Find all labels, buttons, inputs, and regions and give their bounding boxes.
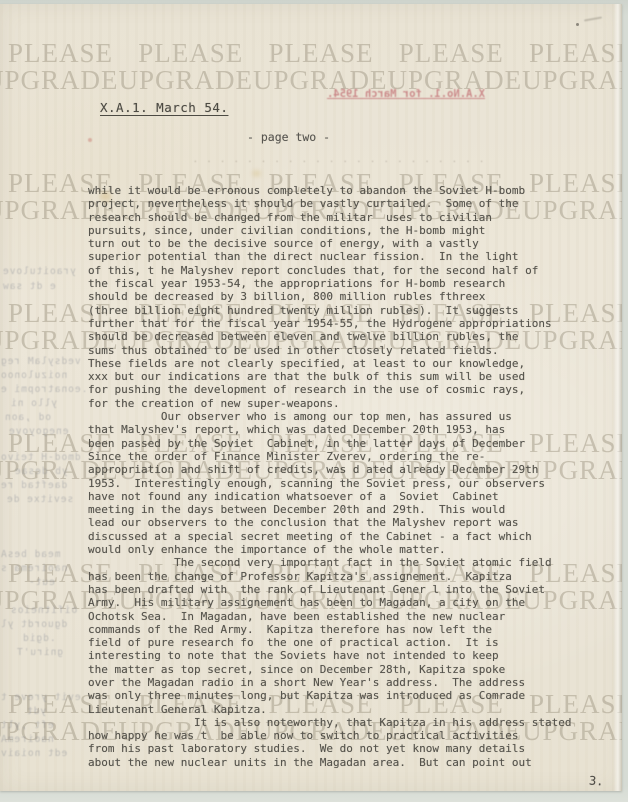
body-line: for the creation of new super-weapons. — [88, 397, 571, 410]
body-line: project, nevertheless it should be vastl… — [88, 197, 571, 210]
body-line: Ochotsk Sea. In Magadan, have been estab… — [88, 610, 571, 623]
body-line: research should be changed from the mili… — [88, 211, 571, 224]
body-line: has been drafted with the rank of Lieute… — [88, 583, 571, 596]
body-line: sums thus obtained to be used in other c… — [88, 344, 571, 357]
body-line: (three billion eight hundred twenty mill… — [88, 304, 571, 317]
body-line: Since the order of Finance Minister Zver… — [88, 450, 571, 463]
body-line: should be decreased by 3 billion, 800 mi… — [88, 290, 571, 303]
body-line: pursuits, since, under civilian conditio… — [88, 224, 571, 237]
document-content: X.A.1. March 54. - page two - while it w… — [0, 4, 622, 791]
body-line: has been the change of Professor Kapitza… — [88, 570, 571, 583]
body-line: further that for the fiscal year 1954-55… — [88, 317, 571, 330]
body-line: xxx but our indications are that the bul… — [88, 370, 571, 383]
body-line: should be decreased between eleven and t… — [88, 330, 571, 343]
body-line: superior potential than the direct nucle… — [88, 250, 571, 263]
body-line: appropriation and shift of credits, was … — [88, 463, 571, 476]
body-line: meeting in the days between December 20t… — [88, 503, 571, 516]
body-line: was only three minutes long, but Kapitza… — [88, 689, 571, 702]
page-number: 3. — [589, 774, 604, 789]
body-text: while it would be erronous completely to… — [88, 184, 571, 769]
body-line: the fiscal year 1953-54, the appropriati… — [88, 277, 571, 290]
paper-sheet: PLEASEPLEASEPLEASEPLEASEPLEASEUPGRADEUPG… — [0, 4, 622, 791]
body-line: Army. His military assignement has been … — [88, 596, 571, 609]
body-line: Lieutenant General Kapitza. — [88, 703, 571, 716]
body-line: turn out to be the decisive source of en… — [88, 237, 571, 250]
body-line: of this, t he Malyshev report concludes … — [88, 264, 571, 277]
page-label: - page two - — [247, 130, 330, 144]
body-line: while it would be erronous completely to… — [88, 184, 571, 197]
body-line: about the new nuclear units in the Magad… — [88, 756, 571, 769]
body-line: commands of the Red Army. Kapitza theref… — [88, 623, 571, 636]
pencil-dot-mark — [576, 23, 579, 26]
body-line: been passed by the Soviet Cabinet, in th… — [88, 437, 571, 450]
body-line: It is also noteworthy, that Kapitza in h… — [88, 716, 571, 729]
body-line: These fields are not clearly specified, … — [88, 357, 571, 370]
scanned-page: PLEASEPLEASEPLEASEPLEASEPLEASEUPGRADEUPG… — [0, 0, 628, 802]
body-line: over the Magadan radio in a short New Ye… — [88, 676, 571, 689]
body-line: interesting to note that the Soviets hav… — [88, 649, 571, 662]
body-line: The second very important fact in the So… — [88, 556, 571, 569]
body-line: Our observer who is among our top men, h… — [88, 410, 571, 423]
body-line: that Malyshev's report, which was dated … — [88, 423, 571, 436]
document-reference: X.A.1. March 54. — [100, 100, 228, 115]
body-line: would only enhance the importance of the… — [88, 543, 571, 556]
body-line: from his past laboratory studies. We do … — [88, 742, 571, 755]
body-line: field of pure research fo the one of pra… — [88, 636, 571, 649]
body-line: discussed at a special secret meeting of… — [88, 530, 571, 543]
body-line: lead our observers to the conclusion tha… — [88, 516, 571, 529]
body-line: how happy he was t be able now to switch… — [88, 729, 571, 742]
body-line: have not found any indication whatsoever… — [88, 490, 571, 503]
paper-edge — [613, 4, 622, 791]
body-line: 1953. Interestingly enough, scanning the… — [88, 477, 571, 490]
body-line: for pushing the development of research … — [88, 383, 571, 396]
body-line: the matter as top secret, since on Decem… — [88, 663, 571, 676]
